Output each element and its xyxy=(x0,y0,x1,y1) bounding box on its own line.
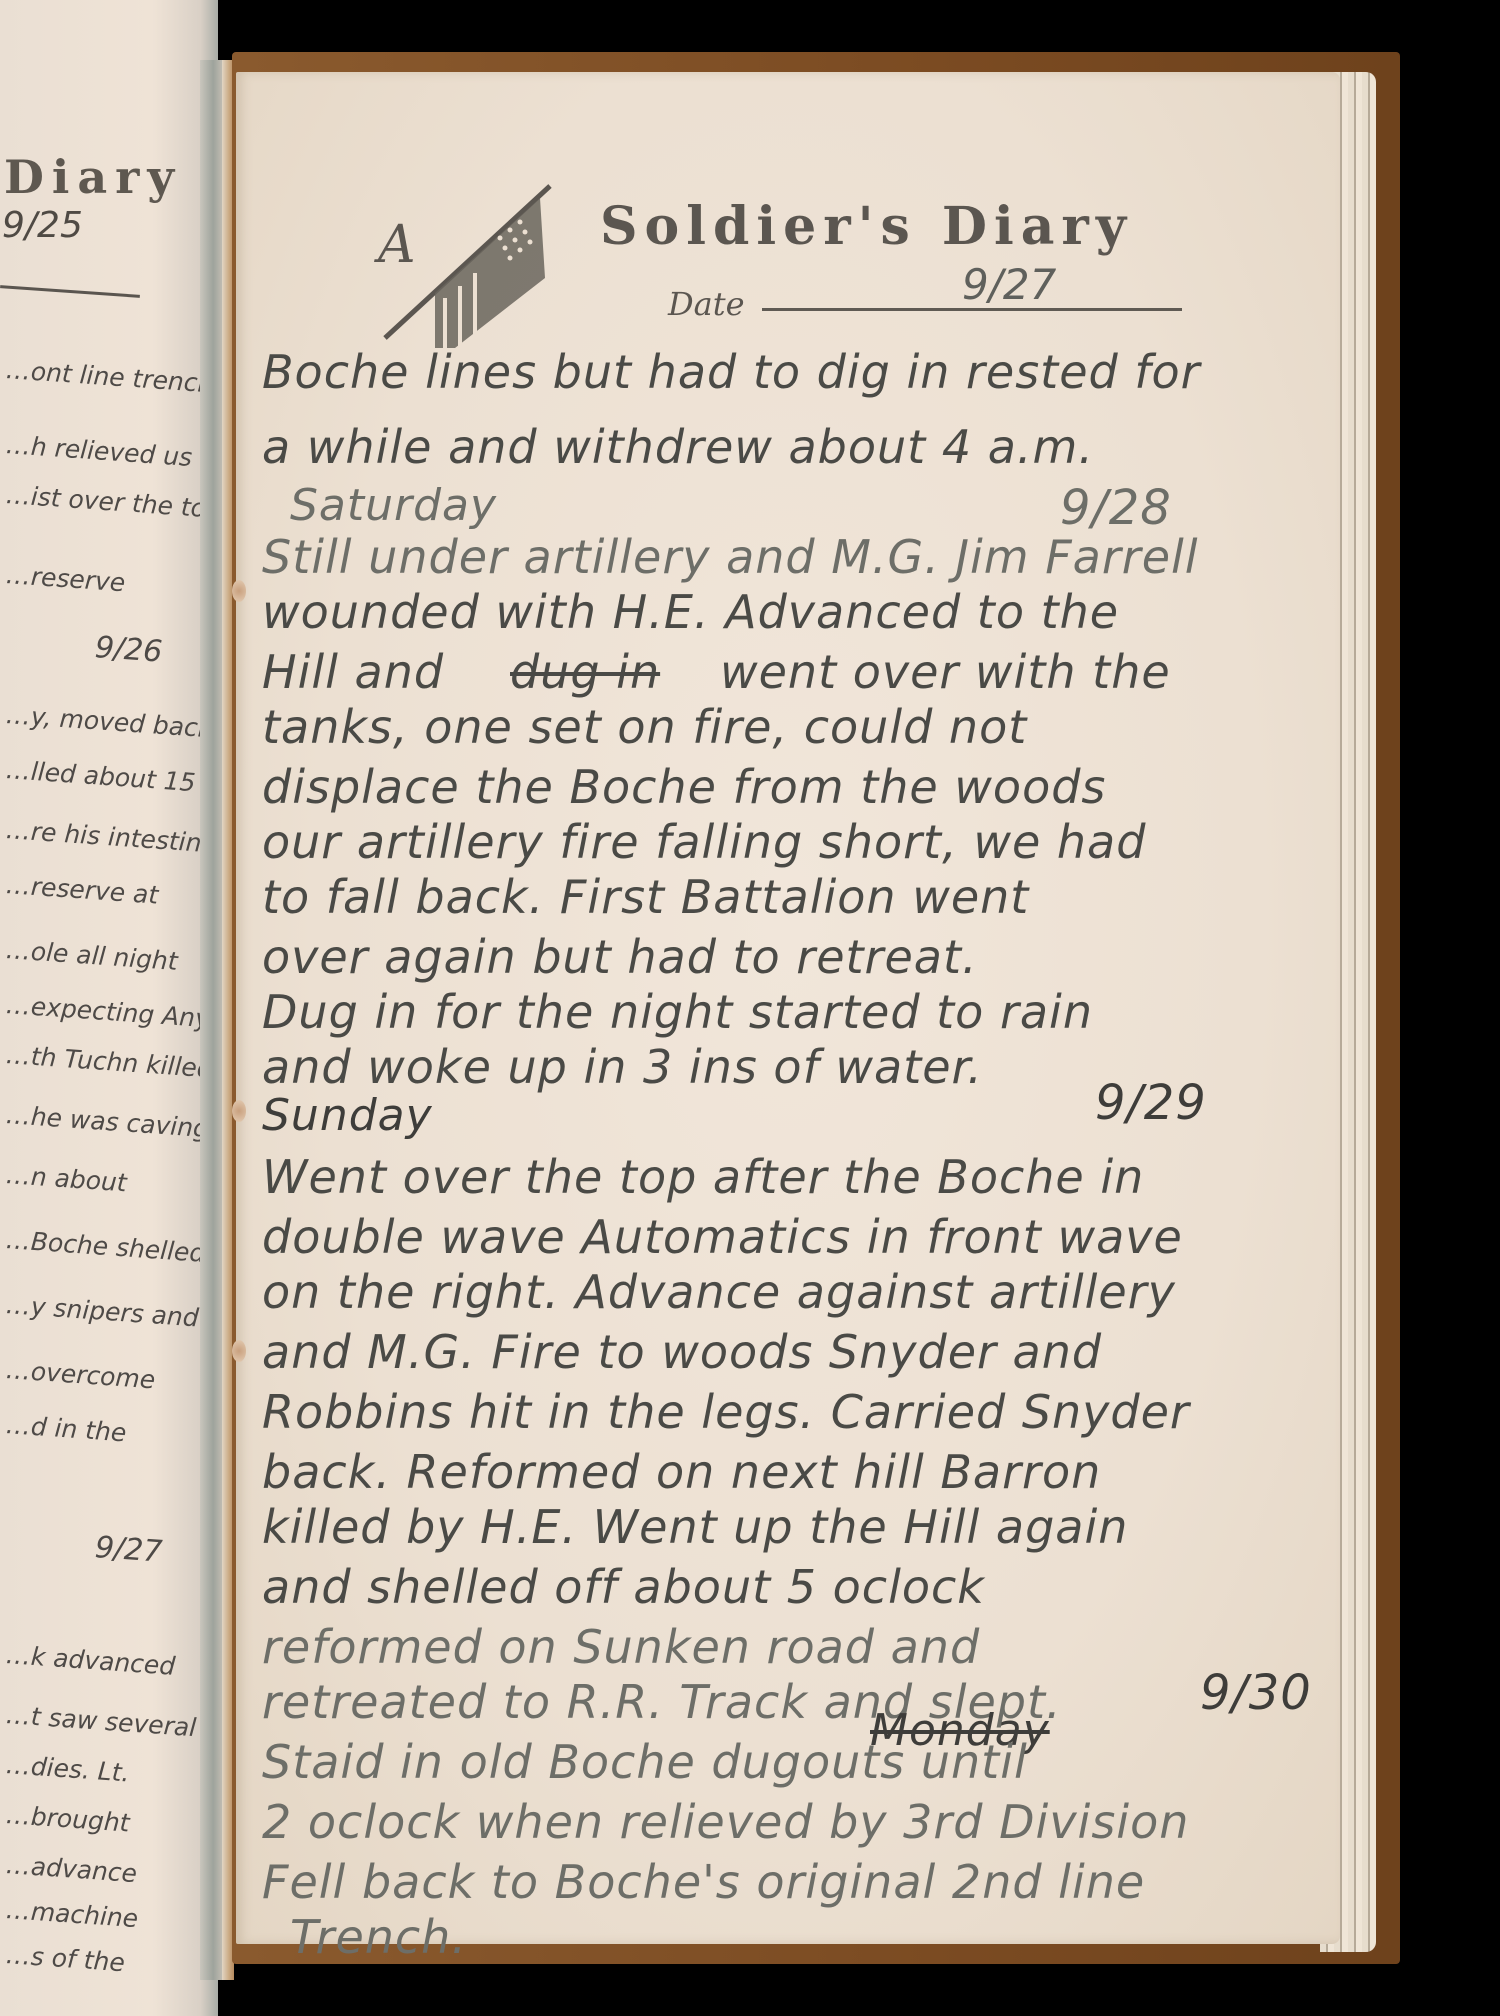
left-page-text-line: …Boche shelled xyxy=(5,1225,206,1268)
left-page-text-line: …n about xyxy=(5,1160,128,1197)
left-page-text-line: …k advanced xyxy=(5,1640,176,1681)
entry-line: Dug in for the night started to rain xyxy=(262,985,1093,1039)
left-page-text-line: …ist over the top xyxy=(5,480,223,524)
flag-icon xyxy=(375,178,565,348)
entry-date: 9/28 xyxy=(1060,480,1172,536)
entry-line: Fell back to Boche's original 2nd line xyxy=(262,1855,1145,1909)
entry-line: a while and withdrew about 4 a.m. xyxy=(262,420,1094,474)
left-facing-page: Diary 9/25 …ont line trenches…h relieved… xyxy=(0,0,218,2016)
diary-title: Soldier's Diary xyxy=(600,196,1133,257)
left-page-text-line: …lled about 15 ft xyxy=(5,755,223,799)
entry-line: wounded with H.E. Advanced to the xyxy=(262,585,1119,639)
binding-hole xyxy=(232,580,246,602)
entry-line: displace the Boche from the woods xyxy=(262,760,1106,814)
entry-line: Staid in old Boche dugouts until xyxy=(262,1735,1028,1789)
entry-line: and shelled off about 5 oclock xyxy=(262,1560,985,1614)
left-page-text-line: …re his intestines xyxy=(5,815,231,860)
left-page-text-line: …y, moved back xyxy=(5,700,213,743)
left-page-text-line: …overcome xyxy=(5,1355,156,1394)
entry-line: killed by H.E. Went up the Hill again xyxy=(262,1500,1128,1554)
entry-line: Still under artillery and M.G. Jim Farre… xyxy=(262,530,1199,584)
entry-line: went over with the xyxy=(720,645,1171,699)
date-label: Date xyxy=(668,285,745,323)
left-page-text-line: …y snipers and xyxy=(5,1290,200,1332)
left-page-text-line: …th Tuchn killed xyxy=(5,1040,214,1083)
left-page-text-line: …advance xyxy=(5,1850,138,1888)
left-page-text-line: …he was caving xyxy=(5,1100,210,1143)
entry-day-heading: Sunday xyxy=(262,1090,433,1141)
left-date-rule xyxy=(0,285,140,298)
entry-line: over again but had to retreat. xyxy=(262,930,978,984)
left-page-text-line: …reserve at xyxy=(5,870,159,910)
entry-line: 2 oclock when relieved by 3rd Division xyxy=(262,1795,1189,1849)
entry-line: to fall back. First Battalion went xyxy=(262,870,1029,924)
left-page-text-line: …t saw several xyxy=(5,1700,197,1742)
date-value: 9/27 xyxy=(962,260,1056,309)
left-page-date-line: 9/27 xyxy=(94,1530,164,1570)
left-page-text-line: …brought xyxy=(5,1800,131,1838)
entry-date: 9/30 xyxy=(1200,1665,1312,1721)
entry-line: on the right. Advance against artillery xyxy=(262,1265,1176,1319)
entry-line: Trench. xyxy=(290,1910,467,1964)
binding-hole xyxy=(232,1100,246,1122)
left-page-text-line: …dies. Lt. xyxy=(5,1750,131,1788)
entry-line: and woke up in 3 ins of water. xyxy=(262,1040,983,1094)
left-page-text-line: …machine xyxy=(5,1895,139,1933)
left-page-text-line: …reserve xyxy=(5,560,126,597)
left-page-date: 9/25 xyxy=(2,205,83,246)
left-page-text-line: …d in the xyxy=(5,1410,127,1447)
left-page-text-line: …h relieved us xyxy=(5,430,193,472)
entry-line: reformed on Sunken road and xyxy=(262,1620,980,1674)
left-page-date-line: 9/26 xyxy=(94,630,164,670)
entry-line: dug in xyxy=(510,645,660,699)
binding-hole xyxy=(232,1340,246,1362)
left-page-header-fragment: Diary xyxy=(4,150,182,204)
book-gutter xyxy=(200,60,222,1980)
entry-line: tanks, one set on fire, could not xyxy=(262,700,1027,754)
entry-line: and M.G. Fire to woods Snyder and xyxy=(262,1325,1102,1379)
entry-day-heading: Saturday xyxy=(290,480,497,531)
entry-line: Boche lines but had to dig in rested for xyxy=(262,345,1201,399)
entry-line: back. Reformed on next hill Barron xyxy=(262,1445,1101,1499)
entry-line: our artillery fire falling short, we had xyxy=(262,815,1146,869)
entry-line: double wave Automatics in front wave xyxy=(262,1210,1183,1264)
left-page-text-line: …ole all night xyxy=(5,935,179,976)
left-page-text-line: …expecting Any xyxy=(5,990,211,1033)
entry-line: Robbins hit in the legs. Carried Snyder xyxy=(262,1385,1190,1439)
entry-line: Hill and xyxy=(262,645,444,699)
entry-date: 9/29 xyxy=(1095,1075,1207,1131)
entry-line: Went over the top after the Boche in xyxy=(262,1150,1144,1204)
left-page-text-line: …s of the xyxy=(5,1940,126,1977)
